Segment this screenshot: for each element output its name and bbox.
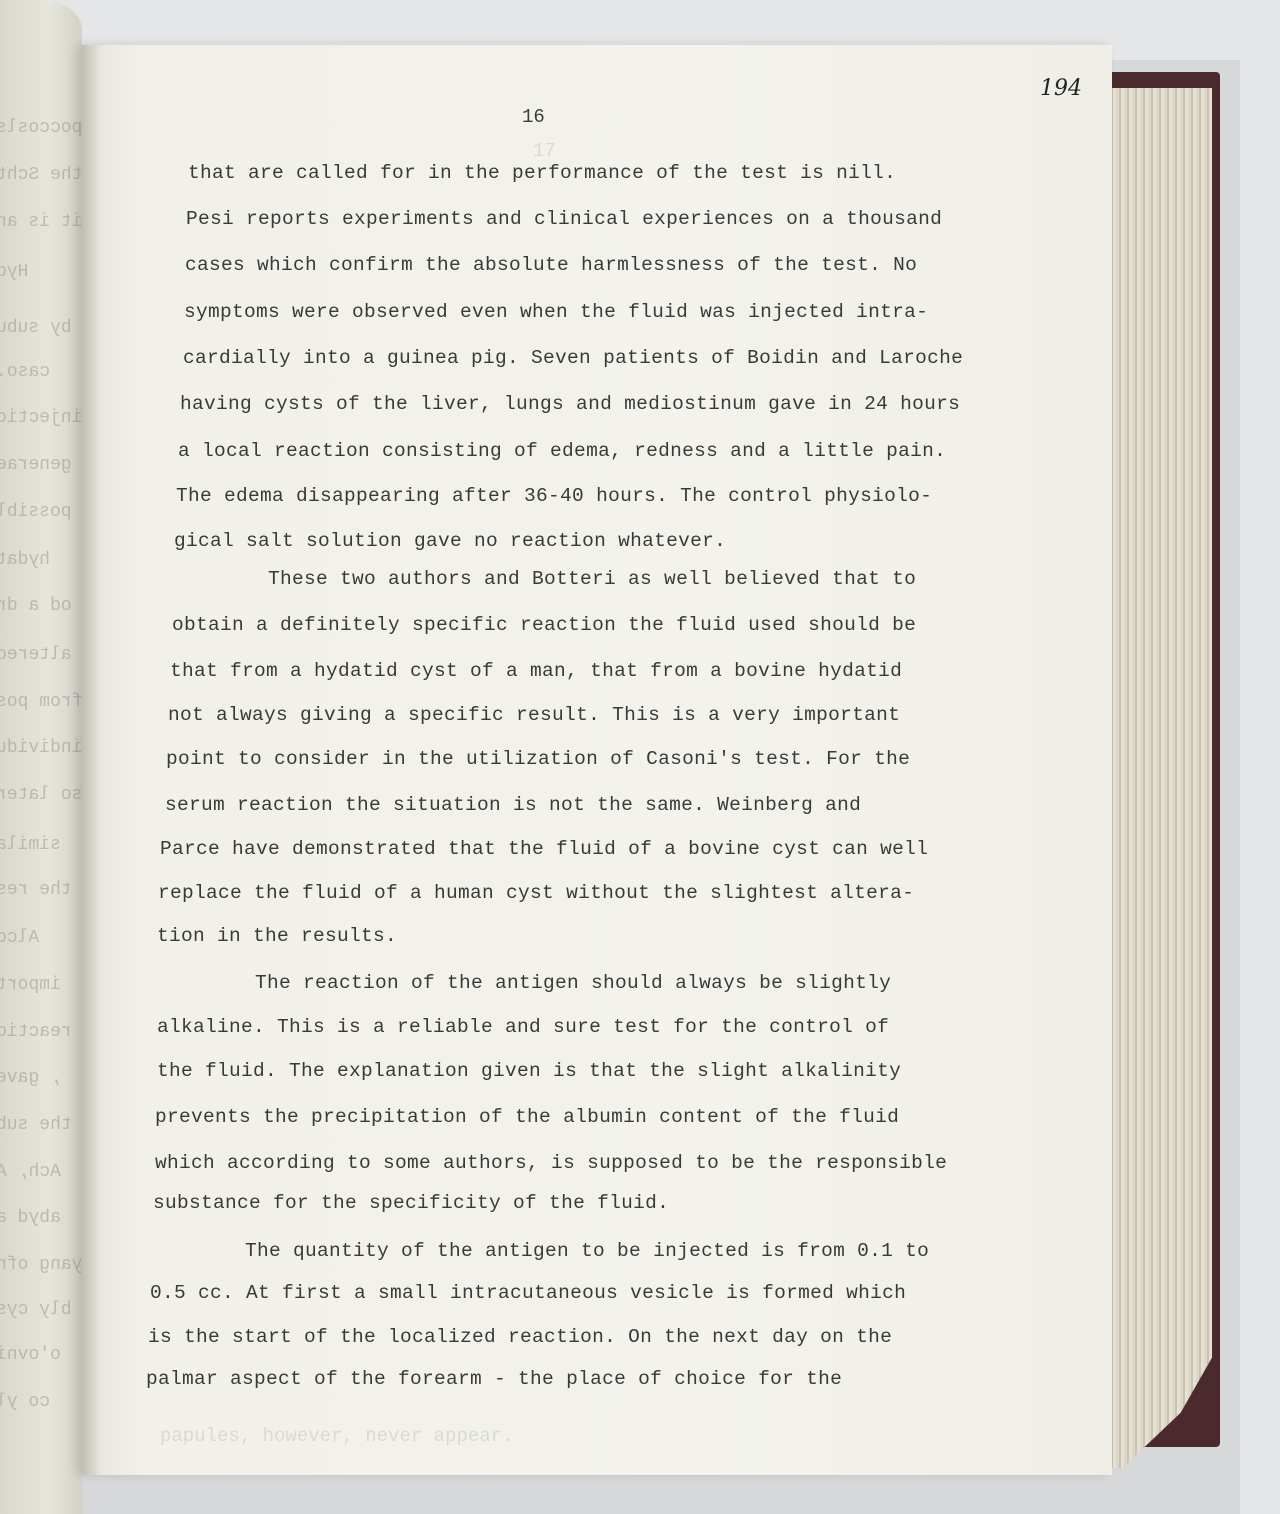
left-page-fragment: import [0, 975, 61, 995]
text-line: alkaline. This is a reliable and sure te… [157, 1016, 889, 1038]
left-page-fragment: the Scht [0, 165, 82, 185]
left-page-fragment: possibl [0, 502, 72, 522]
bleed-through-line: papules, however, never appear. [160, 1425, 513, 1447]
text-line: palmar aspect of the forearm - the place… [146, 1368, 842, 1390]
text-line: replace the fluid of a human cyst withou… [158, 882, 914, 904]
handwritten-folio-number: 194 [1040, 76, 1082, 101]
left-page-fragment: bly cys [0, 1300, 72, 1320]
page-block-edges [1100, 88, 1212, 1468]
left-facing-page: poccosls the Scht it is an Hyd by subu c… [0, 0, 82, 1514]
left-page-fragment: Alco [0, 928, 39, 948]
text-line: The edema disappearing after 36-40 hours… [176, 485, 932, 507]
left-page-fragment: Hyd [0, 262, 28, 282]
text-line: not always giving a specific result. Thi… [168, 704, 900, 726]
left-page-fragment: from pos [0, 692, 82, 712]
text-line: obtain a definitely specific reaction th… [172, 614, 916, 636]
left-page-fragment: injectio [0, 408, 82, 428]
text-line: is the start of the localized reaction. … [148, 1326, 892, 1348]
left-page-fragment: altered [0, 645, 72, 665]
text-line: tion in the results. [157, 925, 397, 947]
left-page-fragment: poccosls [0, 118, 82, 138]
text-line: Parce have demonstrated that the fluid o… [160, 838, 928, 860]
text-line: having cysts of the liver, lungs and med… [180, 393, 960, 415]
left-page-fragment: by subu [0, 318, 72, 338]
text-line: which according to some authors, is supp… [155, 1152, 947, 1174]
text-line: that are called for in the performance o… [188, 162, 896, 184]
text-line: gical salt solution gave no reaction wha… [174, 530, 726, 552]
left-page-fragment: Ach, A [0, 1162, 61, 1182]
text-line: that from a hydatid cyst of a man, that … [170, 660, 902, 682]
left-page-fragment: caso. [0, 362, 50, 382]
text-line: cardially into a guinea pig. Seven patie… [183, 347, 963, 369]
text-line: the fluid. The explanation given is that… [157, 1060, 901, 1082]
left-page-fragment: od a dr [0, 596, 72, 616]
text-line: substance for the specificity of the flu… [153, 1192, 669, 1214]
text-line: The reaction of the antigen should alway… [255, 972, 891, 994]
text-line: point to consider in the utilization of … [166, 748, 910, 770]
text-line: These two authors and Botteri as well be… [268, 568, 916, 590]
text-line: a local reaction consisting of edema, re… [178, 440, 946, 462]
gutter-shadow [82, 45, 102, 1475]
page-number: 16 [522, 106, 545, 128]
text-line: serum reaction the situation is not the … [165, 794, 861, 816]
bleed-through-page-number: 17 [533, 140, 556, 162]
left-page-fragment: reactio [0, 1022, 72, 1042]
left-page-fragment: individu [0, 738, 82, 758]
left-page-fragment: the res [0, 880, 72, 900]
left-page-fragment: it is an [0, 212, 82, 232]
left-page-fragment: hydat [0, 550, 50, 570]
left-page-fragment: generae [0, 455, 72, 475]
left-page-fragment: so later [0, 785, 82, 805]
left-page-fragment: yang ofn [0, 1255, 82, 1275]
left-page-fragment: co yl [0, 1392, 50, 1412]
text-line: symptoms were observed even when the flu… [184, 301, 928, 323]
left-page-fragment: abyd a [0, 1208, 61, 1228]
left-page-fragment: o'ovni [0, 1345, 61, 1365]
text-line: prevents the precipitation of the albumi… [155, 1106, 899, 1128]
text-line: 0.5 cc. At first a small intracutaneous … [150, 1282, 906, 1304]
text-line: The quantity of the antigen to be inject… [245, 1240, 929, 1262]
left-page-fragment: , gave [0, 1068, 61, 1088]
left-page-fragment: the sub [0, 1115, 72, 1135]
text-line: cases which confirm the absolute harmles… [185, 254, 917, 276]
text-line: Pesi reports experiments and clinical ex… [186, 208, 942, 230]
left-page-fragment: simila [0, 835, 61, 855]
